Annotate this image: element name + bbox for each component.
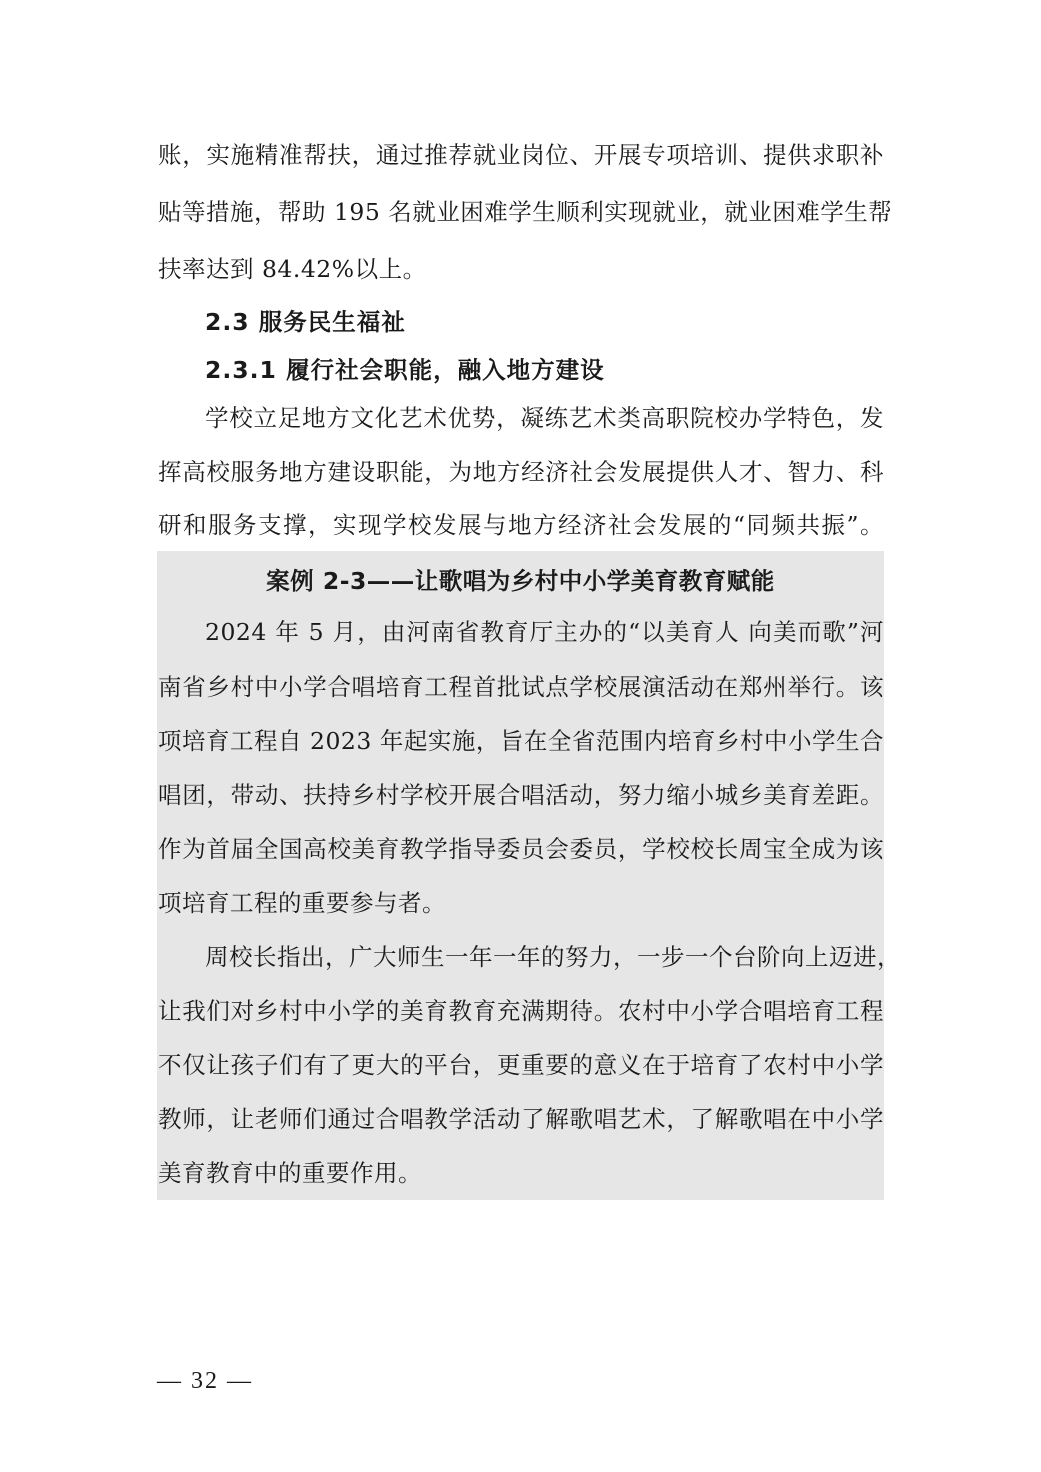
section-line-2: 挥高校服务地方建设职能，为地方经济社会发展提供人才、智力、科 [158, 457, 884, 487]
case-p1-line-5: 作为首届全国高校美育教学指导委员会委员，学校校长周宝全成为该 [158, 834, 884, 864]
intro-line-2: 贴等措施，帮助 195 名就业困难学生顺利实现就业，就业困难学生帮 [158, 197, 884, 227]
section-heading: 2.3 服务民生福祉 [205, 307, 406, 337]
case-p2-line-5: 美育教育中的重要作用。 [158, 1158, 884, 1188]
case-study-box [157, 551, 884, 1200]
case-p1-line-2: 南省乡村中小学合唱培育工程首批试点学校展演活动在郑州举行。该 [158, 672, 884, 702]
case-p2-line-3: 不仅让孩子们有了更大的平台，更重要的意义在于培育了农村中小学 [158, 1050, 884, 1080]
page-number: — 32 — [157, 1366, 253, 1396]
case-p1-line-3: 项培育工程自 2023 年起实施，旨在全省范围内培育乡村中小学生合 [158, 726, 884, 756]
subsection-heading: 2.3.1 履行社会职能，融入地方建设 [205, 355, 605, 385]
case-p1-line-6: 项培育工程的重要参与者。 [158, 888, 884, 918]
case-p2-line-4: 教师，让老师们通过合唱教学活动了解歌唱艺术，了解歌唱在中小学 [158, 1104, 884, 1134]
case-study-title: 案例 2-3——让歌唱为乡村中小学美育教育赋能 [157, 566, 884, 596]
document-page: 账，实施精准帮扶，通过推荐就业岗位、开展专项培训、提供求职补 贴等措施，帮助 1… [0, 0, 1041, 1472]
intro-line-3: 扶率达到 84.42%以上。 [158, 254, 884, 284]
section-line-3: 研和服务支撑，实现学校发展与地方经济社会发展的“同频共振”。 [158, 510, 884, 540]
case-p2-line-1: 周校长指出，广大师生一年一年的努力，一步一个台阶向上迈进， [205, 942, 884, 972]
case-p1-line-1: 2024 年 5 月，由河南省教育厅主办的“以美育人 向美而歌”河 [205, 617, 884, 647]
section-line-1: 学校立足地方文化艺术优势，凝练艺术类高职院校办学特色，发 [205, 403, 884, 433]
case-p1-line-4: 唱团，带动、扶持乡村学校开展合唱活动，努力缩小城乡美育差距。 [158, 780, 884, 810]
case-p2-line-2: 让我们对乡村中小学的美育教育充满期待。农村中小学合唱培育工程 [158, 996, 884, 1026]
intro-line-1: 账，实施精准帮扶，通过推荐就业岗位、开展专项培训、提供求职补 [158, 140, 884, 170]
